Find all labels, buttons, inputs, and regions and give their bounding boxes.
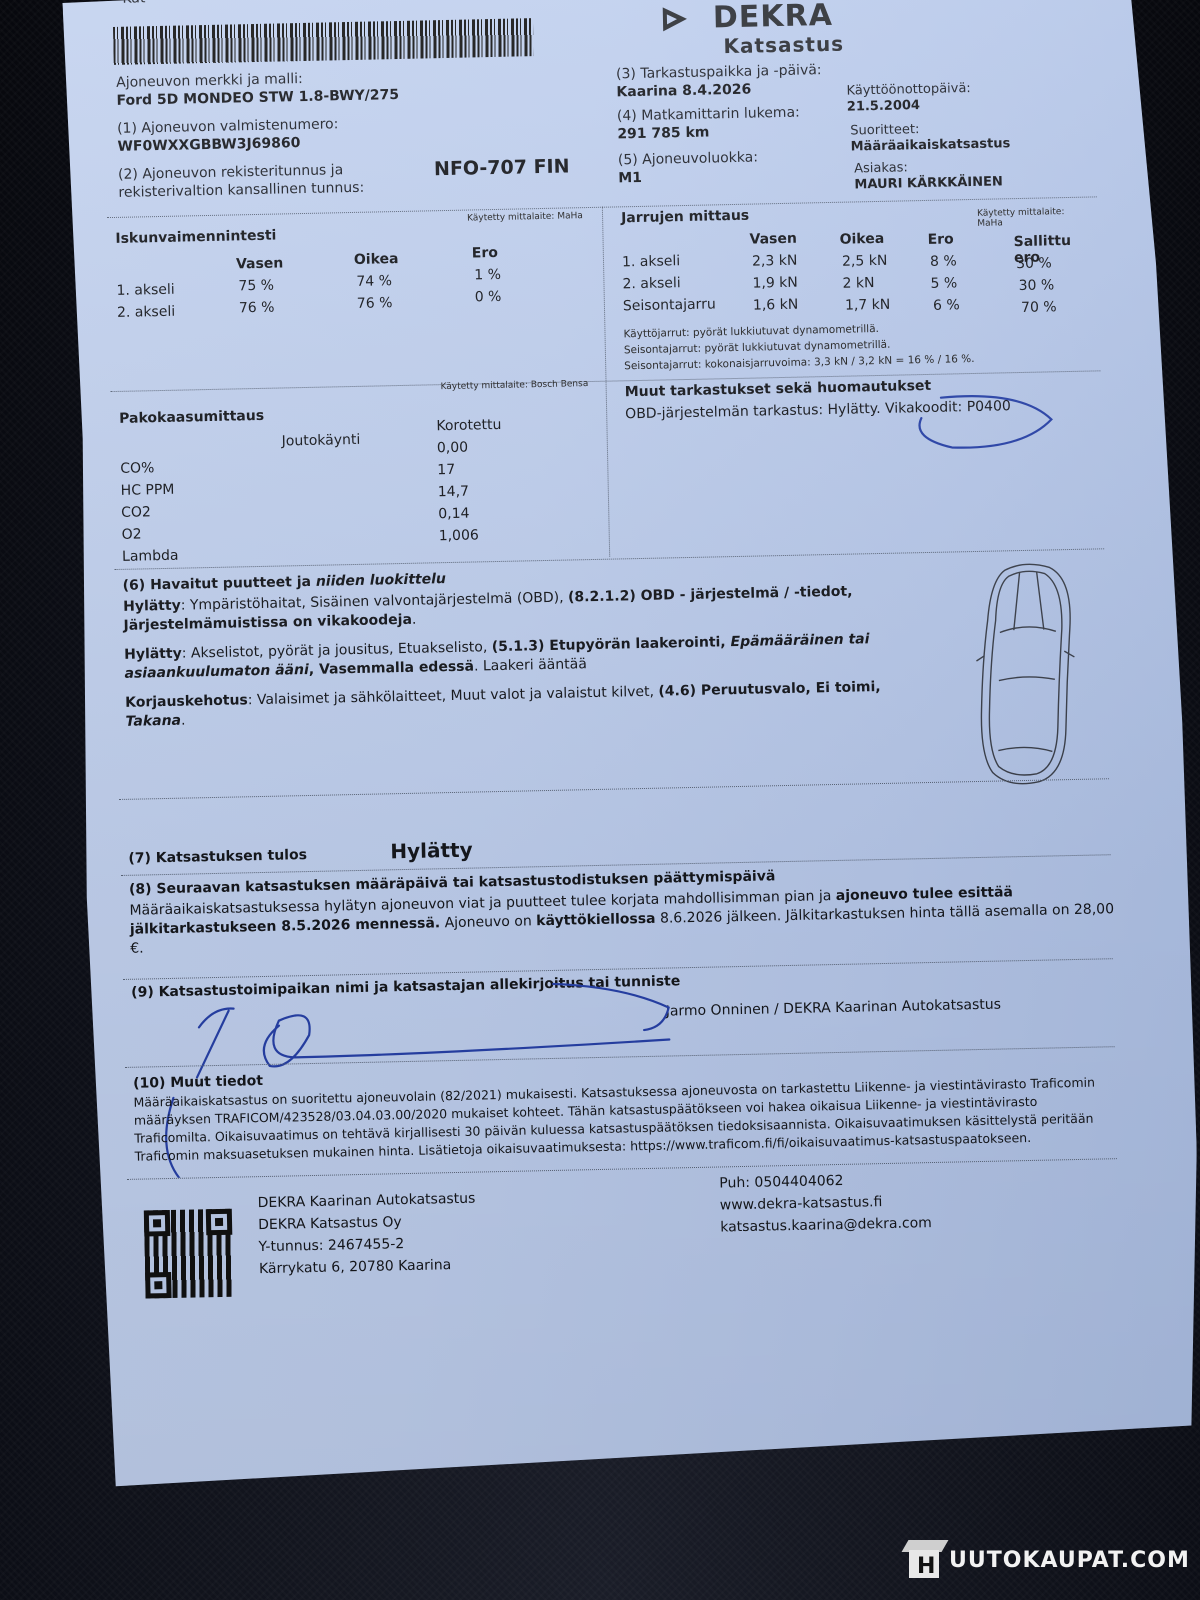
shock-row-right: 76 % — [357, 295, 393, 312]
brake-header-right: Oikea — [839, 231, 884, 248]
brake-row-left: 1,6 kN — [753, 297, 799, 314]
exhaust-value: 1,006 — [439, 527, 479, 544]
defect-status: Korjauskehotus — [125, 692, 248, 711]
company-line: Kärrykatu 6, 20780 Kaarina — [259, 1254, 477, 1281]
performed-label: Suoritteet: — [850, 122, 919, 138]
car-diagram-icon — [964, 559, 1089, 791]
logo-sub: Katsastus — [723, 32, 844, 59]
brake-row-allowed: 30 % — [1016, 255, 1052, 272]
brake-row-allowed: 70 % — [1021, 299, 1057, 316]
exhaust-label: O2 — [121, 526, 141, 542]
defect-location: Takana — [125, 713, 181, 730]
inspector-name: Jarmo Onninen / DEKRA Kaarinan Autokatsa… — [666, 997, 1002, 1020]
shock-title: Iskunvaimennintesti — [115, 228, 276, 247]
brake-note: Käyttöjarrut: pyörät lukkiutuvat dynamom… — [623, 323, 879, 340]
exhaust-col-idle: Joutokäynti — [282, 432, 361, 450]
customer: MAURI KÄRKKÄINEN — [854, 174, 1003, 192]
brake-note: Seisontajarrut: kokonaisjarruvoima: 3,3 … — [624, 353, 975, 372]
place-date: Kaarina 8.4.2026 — [616, 82, 751, 101]
brake-title: Jarrujen mittaus — [621, 208, 749, 227]
defect-tail: . — [181, 713, 186, 729]
brake-device: Käytetty mittalaite: MaHa — [977, 207, 1087, 229]
brake-row-left: 2,3 kN — [752, 253, 798, 270]
brake-row-left: 1,9 kN — [752, 275, 798, 292]
shock-row-diff: 0 % — [475, 289, 502, 306]
vin: WF0WXXGBBW3J69860 — [117, 135, 300, 155]
shock-row-left: 75 % — [238, 278, 274, 295]
defect-code: (4.6) Peruutusvalo, Ei toimi, — [658, 679, 881, 700]
first-reg: 21.5.2004 — [847, 98, 921, 115]
shock-row-left: 76 % — [239, 300, 275, 317]
result-label: (7) Katsastuksen tulos — [128, 847, 307, 867]
other-info-section: (10) Muut tiedot Määräaikaiskatsastus on… — [133, 1054, 1135, 1166]
brake-note: Seisontajarrut: pyörät lukkiutuvat dynam… — [624, 339, 891, 357]
reg-label-2: rekisterivaltion kansallinen tunnus: — [118, 180, 364, 201]
shock-row-label: 1. akseli — [116, 282, 175, 299]
place-date-label: (3) Tarkastuspaikka ja -päivä: — [616, 62, 822, 82]
exhaust-label: HC PPM — [121, 482, 175, 499]
defect-code: (5.1.3) Etupyörän laakerointi, — [492, 634, 731, 655]
brake-row-right: 2 kN — [842, 275, 874, 292]
exhaust-label: CO% — [120, 460, 154, 477]
watermark-text: UUTOKAUPAT.COM — [949, 1548, 1190, 1573]
brake-row-label: 1. akseli — [622, 253, 681, 270]
shock-header-left: Vasen — [236, 255, 284, 272]
defect-tail: . Laakeri ääntää — [474, 656, 587, 674]
barcode — [113, 18, 534, 65]
divider — [119, 778, 1109, 800]
other-checks-text: OBD-järjestelmän tarkastus: Hylätty. Vik… — [625, 398, 1011, 422]
inspection-report-paper: Kat Ajoneuvon merkki ja malli: Ford 5D M… — [62, 0, 1200, 1510]
brake-row-label: 2. akseli — [622, 275, 681, 292]
brake-row-diff: 8 % — [930, 253, 957, 270]
huutokaupat-watermark: H UUTOKAUPAT.COM — [905, 1540, 1190, 1580]
brake-row-diff: 5 % — [930, 275, 957, 292]
watermark-letter: H — [917, 1554, 935, 1579]
shock-row-label: 2. akseli — [117, 304, 176, 321]
defect-tail: . — [412, 612, 417, 628]
defect-location: , Vasemmalla edessä — [309, 659, 475, 678]
cube-logo-icon: H — [905, 1540, 945, 1580]
defects-title: (6) Havaitut puutteet ja — [123, 574, 316, 594]
brake-header-left: Vasen — [749, 231, 797, 248]
exhaust-device: Käytetty mittalaite: Bosch Bensa — [441, 379, 589, 392]
odometer: 291 785 km — [617, 124, 709, 142]
class-label: (5) Ajoneuvoluokka: — [618, 149, 758, 168]
first-reg-label: Käyttöönottopäivä: — [846, 81, 971, 99]
shock-header-diff: Ero — [472, 245, 498, 262]
brake-row-allowed: 30 % — [1018, 277, 1054, 294]
contact-info: Puh: 0504404062 www.dekra-katsastus.fi k… — [719, 1168, 932, 1238]
shock-row-diff: 1 % — [474, 267, 501, 284]
brake-row-right: 2,5 kN — [842, 253, 888, 270]
shock-header-right: Oikea — [354, 251, 399, 268]
shock-device: Käytetty mittalaite: MaHa — [467, 211, 583, 223]
logo-brand: DEKRA — [713, 0, 834, 35]
customer-label: Asiakas: — [854, 160, 908, 176]
exhaust-label: CO2 — [121, 504, 151, 521]
exhaust-value: 17 — [437, 462, 455, 478]
qr-code — [144, 1209, 234, 1299]
next-inspection-section: (8) Seuraavan katsastuksen määräpäivä ta… — [129, 860, 1120, 959]
brake-row-right: 1,7 kN — [845, 297, 891, 314]
exhaust-col-raised: Korotettu — [436, 417, 501, 434]
brake-row-diff: 6 % — [933, 297, 960, 314]
exhaust-value: 0,14 — [438, 506, 470, 523]
defect-status: Hylätty — [124, 646, 182, 663]
performed: Määräaikaiskatsastus — [851, 136, 1011, 154]
defect-item: Hylätty: Akselistot, pyörät ja jousitus,… — [124, 630, 905, 684]
make-model: Ford 5D MONDEO STW 1.8-BWY/275 — [116, 87, 399, 109]
defects-title-italic: niiden luokittelu — [316, 571, 446, 590]
make-model-label: Ajoneuvon merkki ja malli: — [116, 71, 303, 91]
brake-header-diff: Ero — [927, 231, 953, 248]
contact-email[interactable]: katsastus.kaarina@dekra.com — [720, 1212, 932, 1238]
header-partial: Kat — [122, 0, 145, 7]
registration-plate: NFO-707 FIN — [434, 155, 570, 180]
company-info: DEKRA Kaarinan Autokatsastus DEKRA Katsa… — [257, 1188, 477, 1281]
defect-status: Hylätty — [123, 598, 181, 615]
vehicle-class: M1 — [618, 170, 642, 186]
exhaust-value: 0,00 — [437, 440, 469, 457]
defect-text: : Valaisimet ja sähkölaitteet, Muut valo… — [248, 684, 659, 709]
defect-item: Korjauskehotus: Valaisimet ja sähkölaitt… — [125, 678, 906, 732]
other-info-title: (10) Muut tiedot — [133, 1073, 263, 1092]
result-value: Hylätty — [390, 838, 473, 864]
defects-section: (6) Havaitut puutteet ja niiden luokitte… — [123, 561, 906, 732]
usage-ban: käyttökiellossa — [536, 911, 656, 929]
reg-label-1: (2) Ajoneuvon rekisteritunnus ja — [118, 162, 343, 183]
shock-row-right: 74 % — [356, 273, 392, 290]
dekra-arrow-icon — [663, 7, 687, 31]
exhaust-value: 14,7 — [438, 484, 470, 501]
next-inspection-p2: Ajoneuvo on — [440, 913, 536, 931]
odometer-label: (4) Matkamittarin lukema: — [617, 105, 800, 125]
brake-row-label: Seisontajarru — [623, 296, 716, 314]
exhaust-title: Pakokaasumittaus — [119, 408, 264, 427]
vin-label: (1) Ajoneuvon valmistenumero: — [117, 116, 339, 137]
other-checks-title: Muut tarkastukset sekä huomautukset — [625, 378, 932, 400]
exhaust-label: Lambda — [122, 548, 179, 565]
company-line: DEKRA Kaarinan Autokatsastus — [257, 1188, 475, 1215]
